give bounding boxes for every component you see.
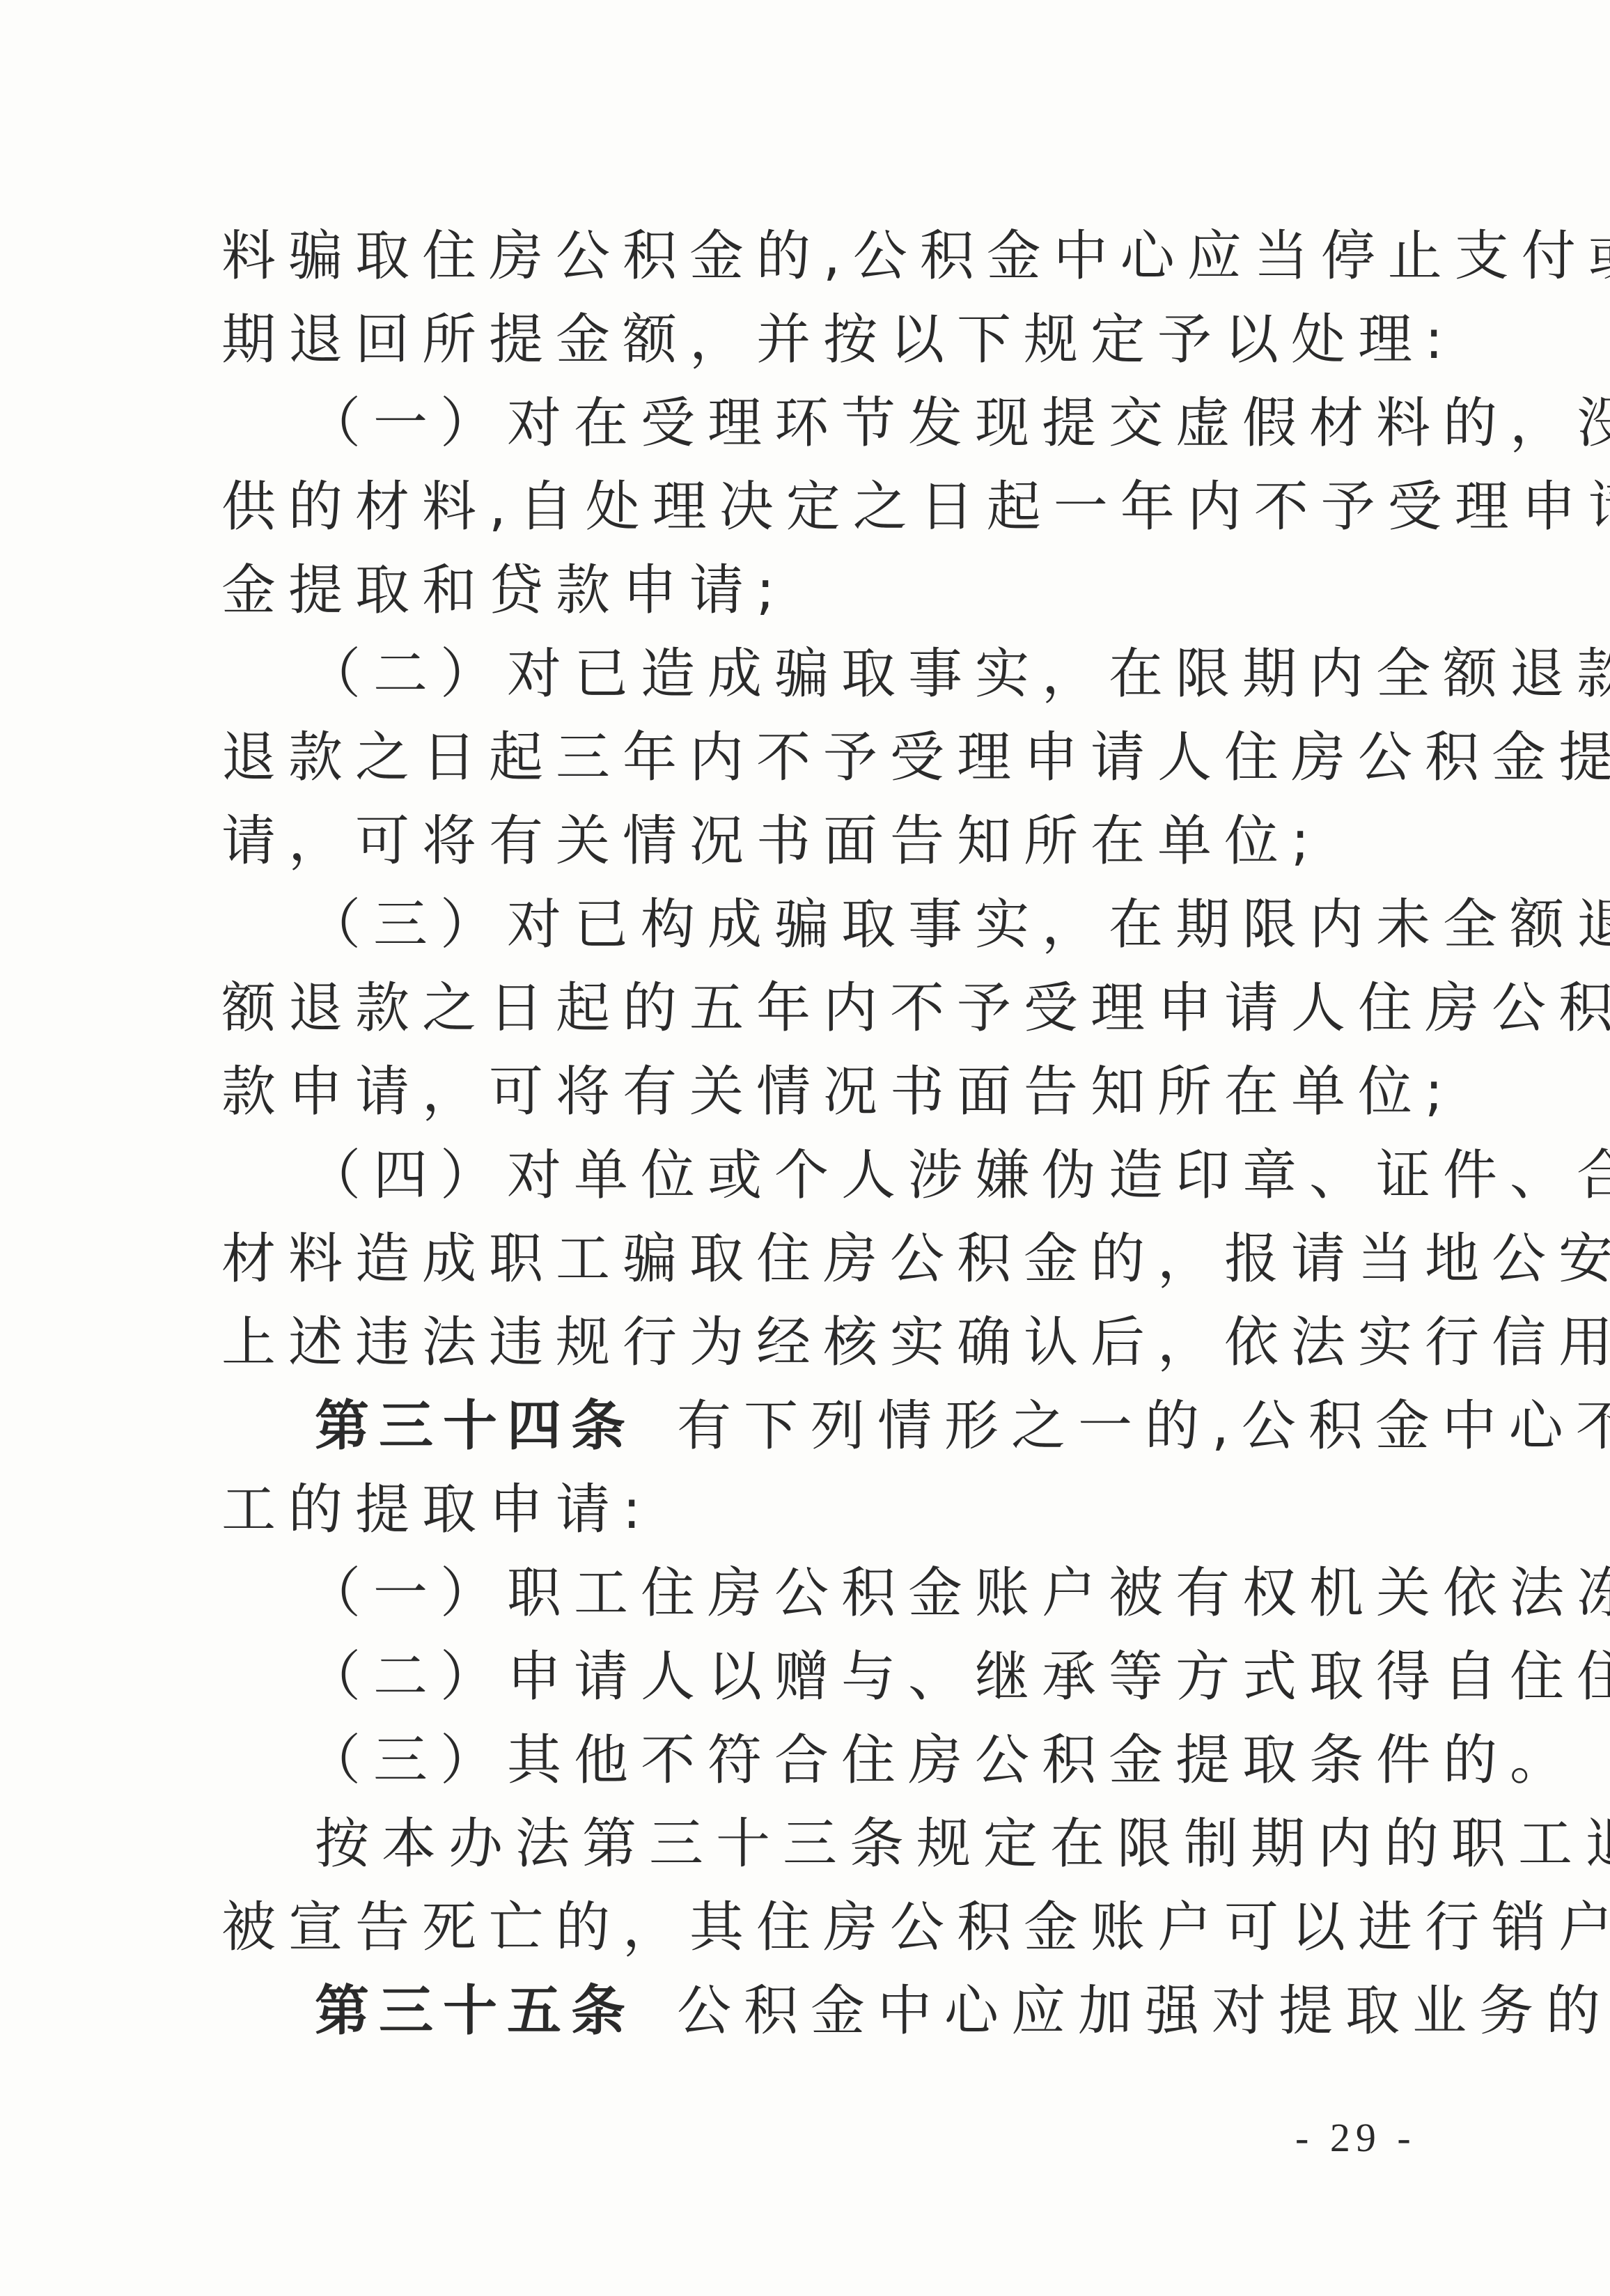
clause-4: （四）对单位或个人涉嫌伪造印章、证件、合同、发票等	[306, 1141, 1412, 1210]
text-line: 供的材料,自处理决定之日起一年内不予受理申请人住房公积	[221, 472, 1412, 542]
clause-3: （三）对已构成骗取事实，在期限内未全额退款的，自足	[306, 890, 1412, 960]
text-line: 额退款之日起的五年内不予受理申请人住房公积金提取和贷	[221, 974, 1412, 1043]
article-35-first-line: 第三十五条公积金中心应加强对提取业务的审核管理,	[315, 1976, 1412, 2046]
text-line: 工的提取申请:	[221, 1475, 1412, 1545]
article-34-heading: 第三十四条	[315, 1395, 635, 1458]
article-34-item-2: （二）申请人以赠与、继承等方式取得自住住房所有权的;	[306, 1642, 1497, 1712]
text-line: 被宣告死亡的，其住房公积金账户可以进行销户提取。	[221, 1893, 1412, 1962]
article-34-item-3: （三）其他不符合住房公积金提取条件的。	[306, 1726, 1497, 1795]
clause-1: （一）对在受理环节发现提交虚假材料的，没收申请人提	[306, 389, 1412, 458]
text-line: 金提取和贷款申请;	[221, 556, 1412, 625]
article-34-first-line: 第三十四条有下列情形之一的,公积金中心不予受理职	[315, 1391, 1412, 1461]
clause-2: （二）对已造成骗取事实，在限期内全额退款的，自足额	[306, 639, 1412, 709]
document-page: 料骗取住房公积金的,公积金中心应当停止支付或责令职工限 期退回所提金额，并按以下…	[0, 0, 1610, 2296]
article-35-heading: 第三十五条	[315, 1980, 635, 2043]
page-number: - 29 -	[1295, 2110, 1416, 2166]
text-line: 期退回所提金额，并按以下规定予以处理:	[221, 305, 1412, 375]
text-line: 款申请，可将有关情况书面告知所在单位;	[221, 1057, 1412, 1127]
article-34-item-1: （一）职工住房公积金账户被有权机关依法冻结的;	[306, 1559, 1497, 1628]
text-line: 退款之日起三年内不予受理申请人住房公积金提取和贷款申	[221, 723, 1412, 792]
text-line: 上述违法违规行为经核实确认后，依法实行信用管理。	[221, 1308, 1412, 1377]
article-34-text: 有下列情形之一的,公积金中心不予受理职	[677, 1395, 1610, 1458]
text-line: 请，可将有关情况书面告知所在单位;	[221, 806, 1412, 876]
article-34-note: 按本办法第三十三条规定在限制期内的职工退休、死亡或	[315, 1809, 1412, 1879]
article-35-text: 公积金中心应加强对提取业务的审核管理,	[677, 1980, 1610, 2043]
text-line: 料骗取住房公积金的,公积金中心应当停止支付或责令职工限	[221, 221, 1412, 291]
text-line: 材料造成职工骗取住房公积金的，报请当地公安机关处理。	[221, 1224, 1412, 1294]
